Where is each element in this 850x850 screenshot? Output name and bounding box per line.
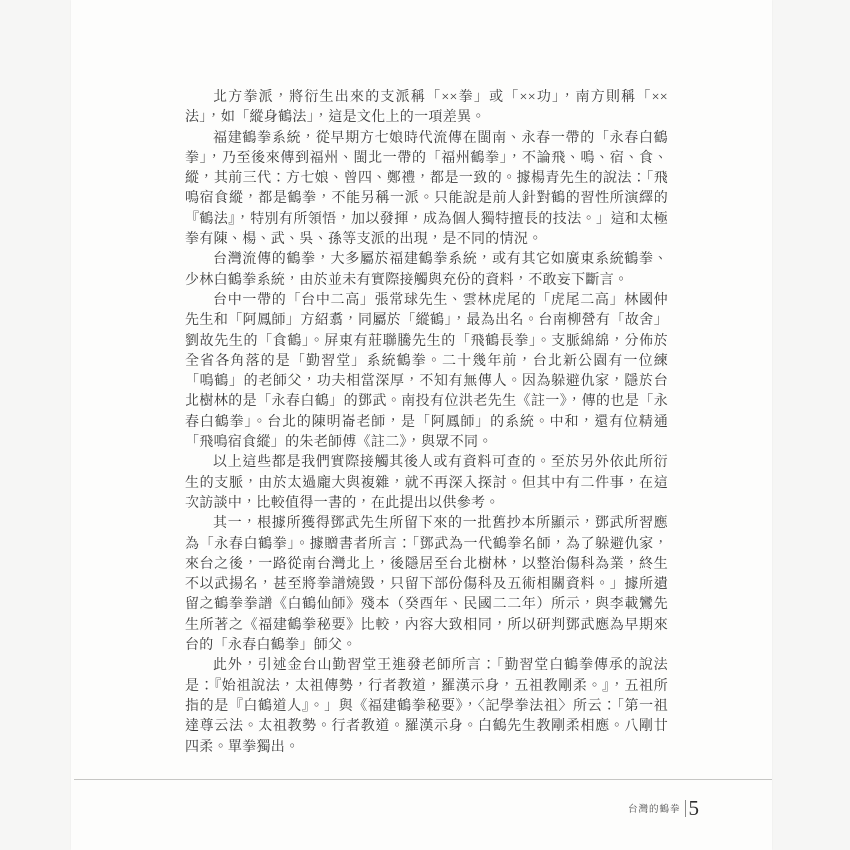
- paragraph: 北方拳派，將衍生出來的支派稱「××拳」或「××功」，南方則稱「××法」，如「縱身…: [185, 88, 668, 129]
- footer-separator: [685, 800, 686, 817]
- paragraph: 福建鶴拳系統，從早期方七娘時代流傳在閩南、永春一帶的「永春白鶴拳」，乃至後來傳到…: [185, 129, 668, 251]
- page-canvas: 北方拳派，將衍生出來的支派稱「××拳」或「××功」，南方則稱「××法」，如「縱身…: [0, 0, 850, 850]
- paragraph: 台灣流傳的鶴拳，大多屬於福建鶴拳系統，或有其它如廣東系統鶴拳、少林白鶴拳系統，由…: [185, 250, 668, 291]
- paragraph: 以上這些都是我們實際接觸其後人或有資料可查的。至於另外依此所衍生的支脈，由於太過…: [185, 453, 668, 514]
- text-block: 北方拳派，將衍生出來的支派稱「××拳」或「××功」，南方則稱「××法」，如「縱身…: [185, 88, 668, 758]
- paragraph: 此外，引述金台山勤習堂王進發老師所言：「勤習堂白鶴拳傳承的說法是：『始祖說法，太…: [185, 656, 668, 757]
- footer-book-title: 台灣的鶴拳: [628, 801, 681, 815]
- paragraph: 台中一帶的「台中二高」張常球先生、雲林虎尾的「虎尾二高」林國仲先生和「阿鳳師」方…: [185, 291, 668, 453]
- footer-rule: [74, 779, 772, 780]
- page-footer: 台灣的鶴拳 5: [628, 796, 699, 820]
- paragraph: 其一，根據所獲得鄧武先生所留下來的一批舊抄本所顯示，鄧武所習應為「永春白鶴拳」。…: [185, 514, 668, 656]
- footer-page-number: 5: [689, 798, 700, 819]
